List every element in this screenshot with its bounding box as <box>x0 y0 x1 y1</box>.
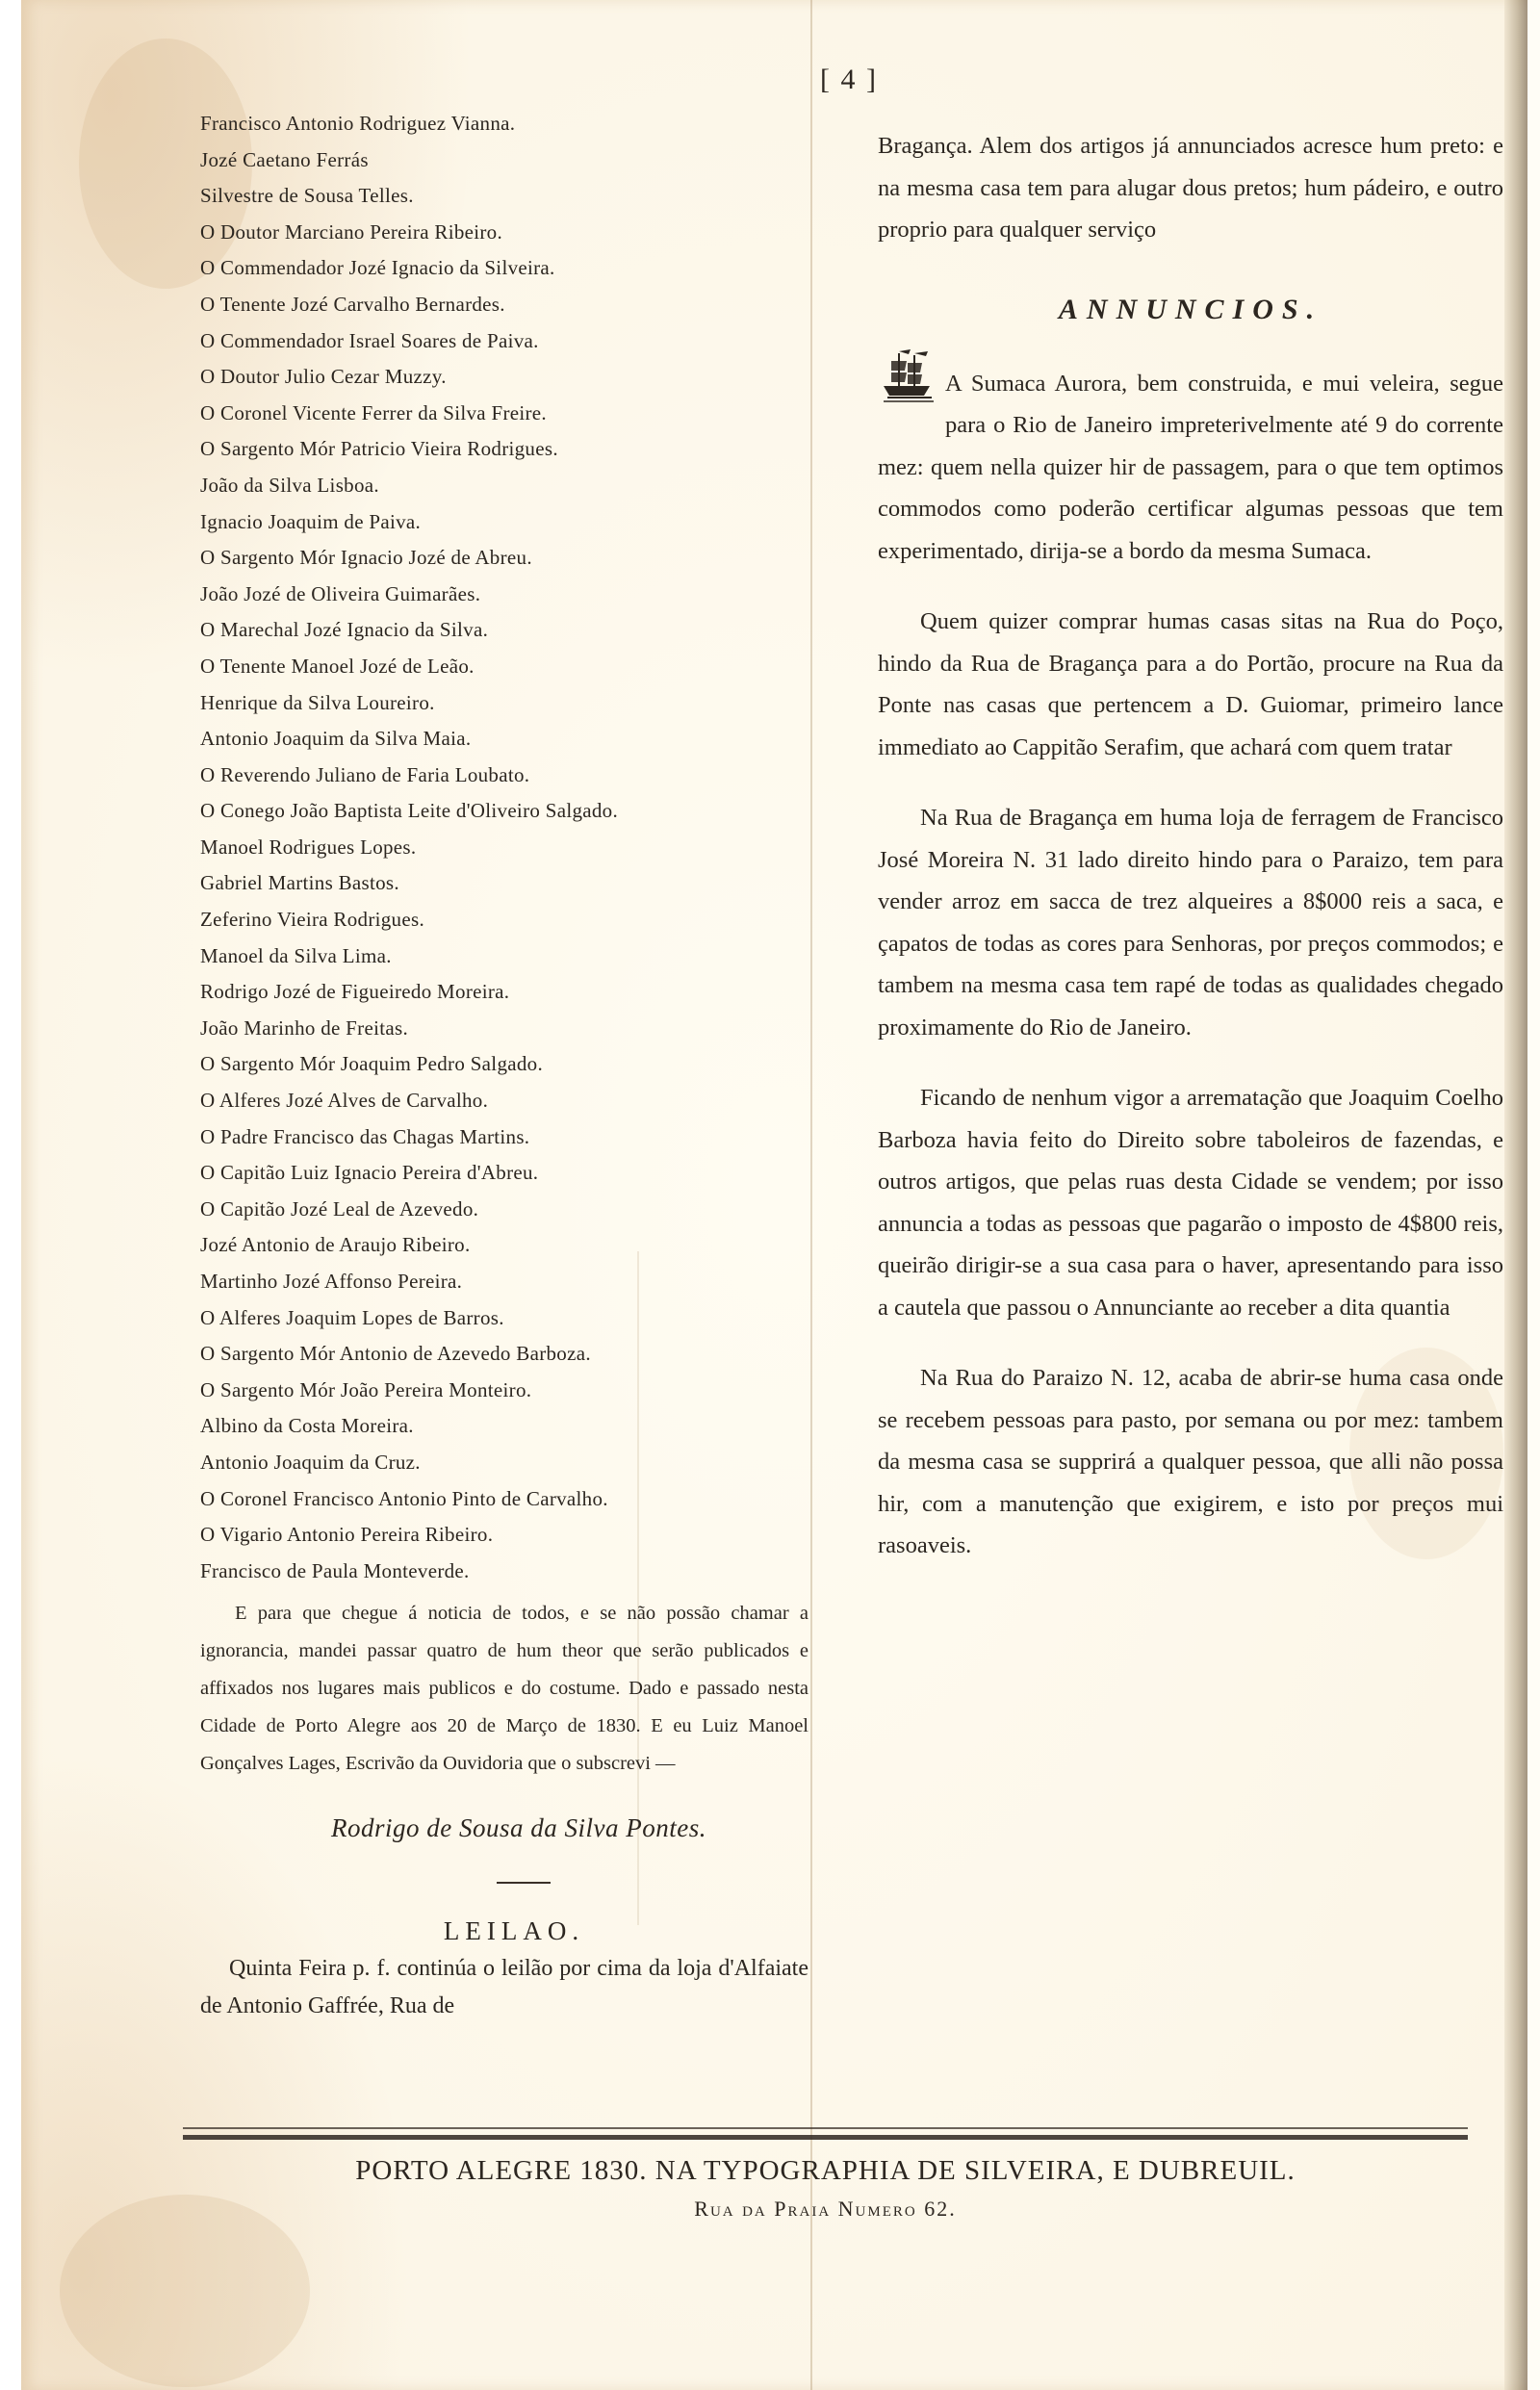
list-item: Henrique da Silva Loureiro. <box>200 685 808 722</box>
list-item: O Conego João Baptista Leite d'Oliveiro … <box>200 793 808 830</box>
list-item: O Capitão Luiz Ignacio Pereira d'Abreu. <box>200 1155 808 1192</box>
list-item: O Sargento Mór João Pereira Monteiro. <box>200 1373 808 1409</box>
list-item: O Reverendo Juliano de Faria Loubato. <box>200 758 808 794</box>
imprint-footer: PORTO ALEGRE 1830. NA TYPOGRAPHIA DE SIL… <box>183 2127 1468 2222</box>
printer-address: Rua da Praia Numero 62. <box>183 2197 1468 2222</box>
list-item: O Alferes Joaquim Lopes de Barros. <box>200 1300 808 1337</box>
list-item: Jozé Antonio de Araujo Ribeiro. <box>200 1227 808 1264</box>
list-item: O Sargento Mór Antonio de Azevedo Barboz… <box>200 1336 808 1373</box>
page-edge-shadow <box>1504 0 1527 2390</box>
auction-heading: LEILAO. <box>219 1916 808 1946</box>
ship-icon <box>878 346 936 405</box>
printer-imprint: PORTO ALEGRE 1830. NA TYPOGRAPHIA DE SIL… <box>183 2155 1468 2187</box>
list-item: O Tenente Manoel Jozé de Leão. <box>200 649 808 685</box>
list-item: O Alferes Jozé Alves de Carvalho. <box>200 1083 808 1119</box>
annuncios-heading: ANNUNCIOS. <box>878 294 1503 326</box>
list-item: Martinho Jozé Affonso Pereira. <box>200 1264 808 1300</box>
list-item: O Commendador Israel Soares de Paiva. <box>200 323 808 360</box>
newspaper-page: [ 4 ] Francisco Antonio Rodriguez Vianna… <box>21 0 1527 2390</box>
ad-arrematacao: Ficando de nenhum vigor a arrematação qu… <box>878 1077 1503 1328</box>
list-item: João da Silva Lisboa. <box>200 468 808 504</box>
list-item: O Sargento Mór Ignacio Jozé de Abreu. <box>200 540 808 577</box>
signature: Rodrigo de Sousa da Silva Pontes. <box>229 1813 808 1843</box>
list-item: Francisco de Paula Monteverde. <box>200 1554 808 1590</box>
auction-text: Quinta Feira p. f. continúa o leilão por… <box>200 1950 808 2025</box>
official-notice: E para que chegue á noticia de todos, e … <box>200 1595 808 1783</box>
list-item: O Tenente Jozé Carvalho Bernardes. <box>200 287 808 323</box>
list-item: O Padre Francisco das Chagas Martins. <box>200 1119 808 1156</box>
list-item: Zeferino Vieira Rodrigues. <box>200 902 808 938</box>
list-item: O Marechal Jozé Ignacio da Silva. <box>200 612 808 649</box>
ad-ferragem-moreira: Na Rua de Bragança em huma loja de ferra… <box>878 797 1503 1048</box>
list-item: O Sargento Mór Patricio Vieira Rodrigues… <box>200 431 808 468</box>
continued-ad-text: Bragança. Alem dos artigos já annunciado… <box>878 125 1503 251</box>
list-item: Albino da Costa Moreira. <box>200 1408 808 1445</box>
list-item: Manoel Rodrigues Lopes. <box>200 830 808 866</box>
fold-crease <box>810 0 812 2390</box>
list-item: O Commendador Jozé Ignacio da Silveira. <box>200 250 808 287</box>
list-item: Ignacio Joaquim de Paiva. <box>200 504 808 541</box>
left-column: Francisco Antonio Rodriguez Vianna. Jozé… <box>200 106 808 2025</box>
list-item: O Capitão Jozé Leal de Azevedo. <box>200 1192 808 1228</box>
page-number: [ 4 ] <box>820 64 878 96</box>
list-item: O Doutor Marciano Pereira Ribeiro. <box>200 215 808 251</box>
list-item: O Sargento Mór Joaquim Pedro Salgado. <box>200 1046 808 1083</box>
ad-casa-de-pasto: Na Rua do Paraizo N. 12, acaba de abrir-… <box>878 1357 1503 1567</box>
list-item: O Vigario Antonio Pereira Ribeiro. <box>200 1517 808 1554</box>
footer-rule-thin <box>183 2127 1468 2129</box>
ad-houses-rua-do-poco: Quem quizer comprar humas casas sitas na… <box>878 601 1503 768</box>
list-item: O Coronel Francisco Antonio Pinto de Car… <box>200 1481 808 1518</box>
scan-margin <box>0 0 21 2390</box>
list-item: O Coronel Vicente Ferrer da Silva Freire… <box>200 396 808 432</box>
list-item: Rodrigo Jozé de Figueiredo Moreira. <box>200 974 808 1011</box>
water-stain <box>60 2195 310 2387</box>
section-divider <box>497 1882 551 1884</box>
list-item: João Marinho de Freitas. <box>200 1011 808 1047</box>
ad-text: A Sumaca Aurora, bem construida, e mui v… <box>878 363 1503 573</box>
right-column: Bragança. Alem dos artigos já annunciado… <box>878 125 1503 1567</box>
list-item: Antonio Joaquim da Cruz. <box>200 1445 808 1481</box>
list-item: Antonio Joaquim da Silva Maia. <box>200 721 808 758</box>
list-item: O Doutor Julio Cezar Muzzy. <box>200 359 808 396</box>
list-item: Manoel da Silva Lima. <box>200 938 808 975</box>
list-item: Gabriel Martins Bastos. <box>200 865 808 902</box>
list-item: João Jozé de Oliveira Guimarães. <box>200 577 808 613</box>
list-item: Silvestre de Sousa Telles. <box>200 178 808 215</box>
ad-ship-aurora: A Sumaca Aurora, bem construida, e mui v… <box>878 363 1503 573</box>
footer-rule-thick <box>183 2135 1468 2140</box>
list-item: Jozé Caetano Ferrás <box>200 142 808 179</box>
list-item: Francisco Antonio Rodriguez Vianna. <box>200 106 808 142</box>
subscriber-name-list: Francisco Antonio Rodriguez Vianna. Jozé… <box>200 106 808 1589</box>
